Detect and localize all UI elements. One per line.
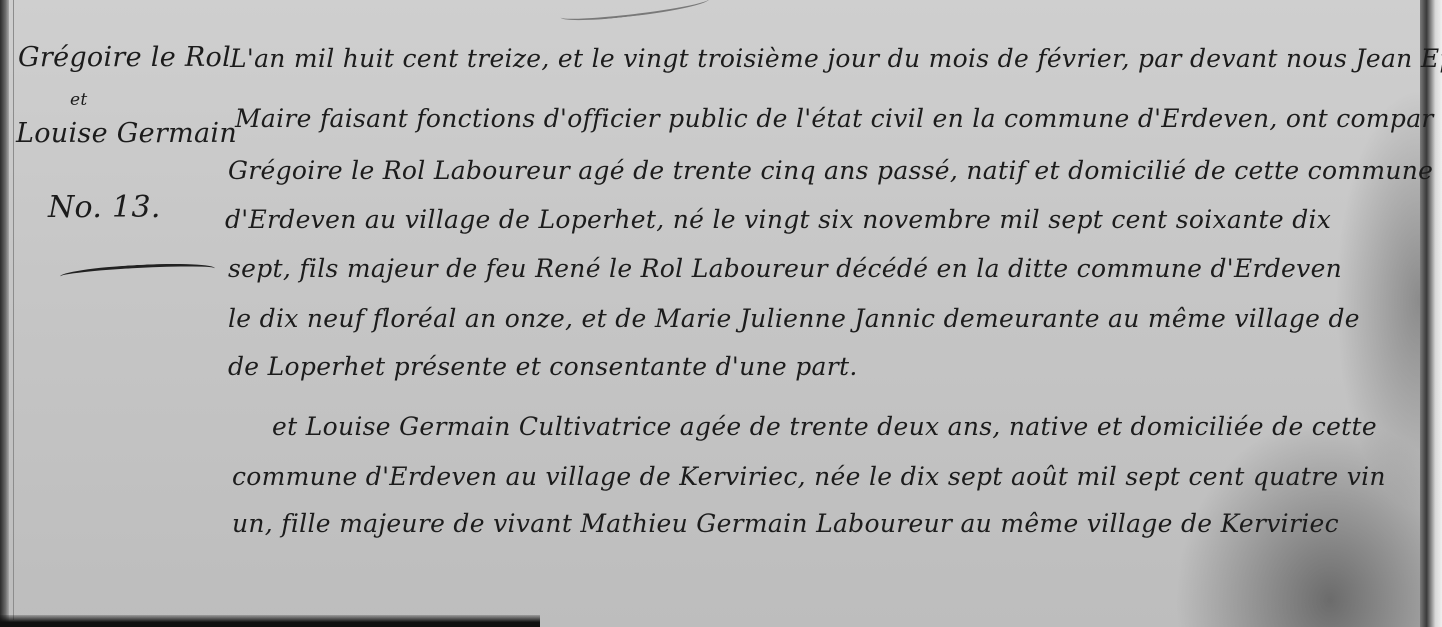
margin-bride-name: Louise Germain <box>16 118 237 149</box>
margin-groom-name: Grégoire le Rol <box>18 42 231 73</box>
text-line: Grégoire le Rol Laboureur agé de trente … <box>228 156 1433 185</box>
text-line: le dix neuf floréal an onze, et de Marie… <box>228 304 1360 333</box>
page-edge <box>1420 0 1442 627</box>
entry-number: No. 13. <box>48 190 161 225</box>
text-line: commune d'Erdeven au village de Kervirie… <box>232 462 1386 491</box>
text-line: et Louise Germain Cultivatrice agée de t… <box>272 412 1377 441</box>
margin-conjunction: et <box>70 90 88 110</box>
page-bottom-shadow <box>0 615 540 627</box>
text-line: sept, fils majeur de feu René le Rol Lab… <box>228 254 1342 283</box>
margin-flourish <box>60 261 216 284</box>
text-line: L'an mil huit cent treize, et le vingt t… <box>230 44 1442 73</box>
ink-stroke <box>560 0 711 24</box>
text-line: de Loperhet présente et consentante d'un… <box>228 352 858 381</box>
text-line: d'Erdeven au village de Loperhet, né le … <box>225 205 1331 234</box>
text-line: un, fille majeure de vivant Mathieu Germ… <box>232 509 1339 538</box>
text-line: Maire faisant fonctions d'officier publi… <box>235 104 1434 133</box>
binding-shadow <box>0 0 9 627</box>
margin-rule <box>13 0 14 620</box>
register-page: Grégoire le Rol et Louise Germain No. 13… <box>0 0 1442 627</box>
